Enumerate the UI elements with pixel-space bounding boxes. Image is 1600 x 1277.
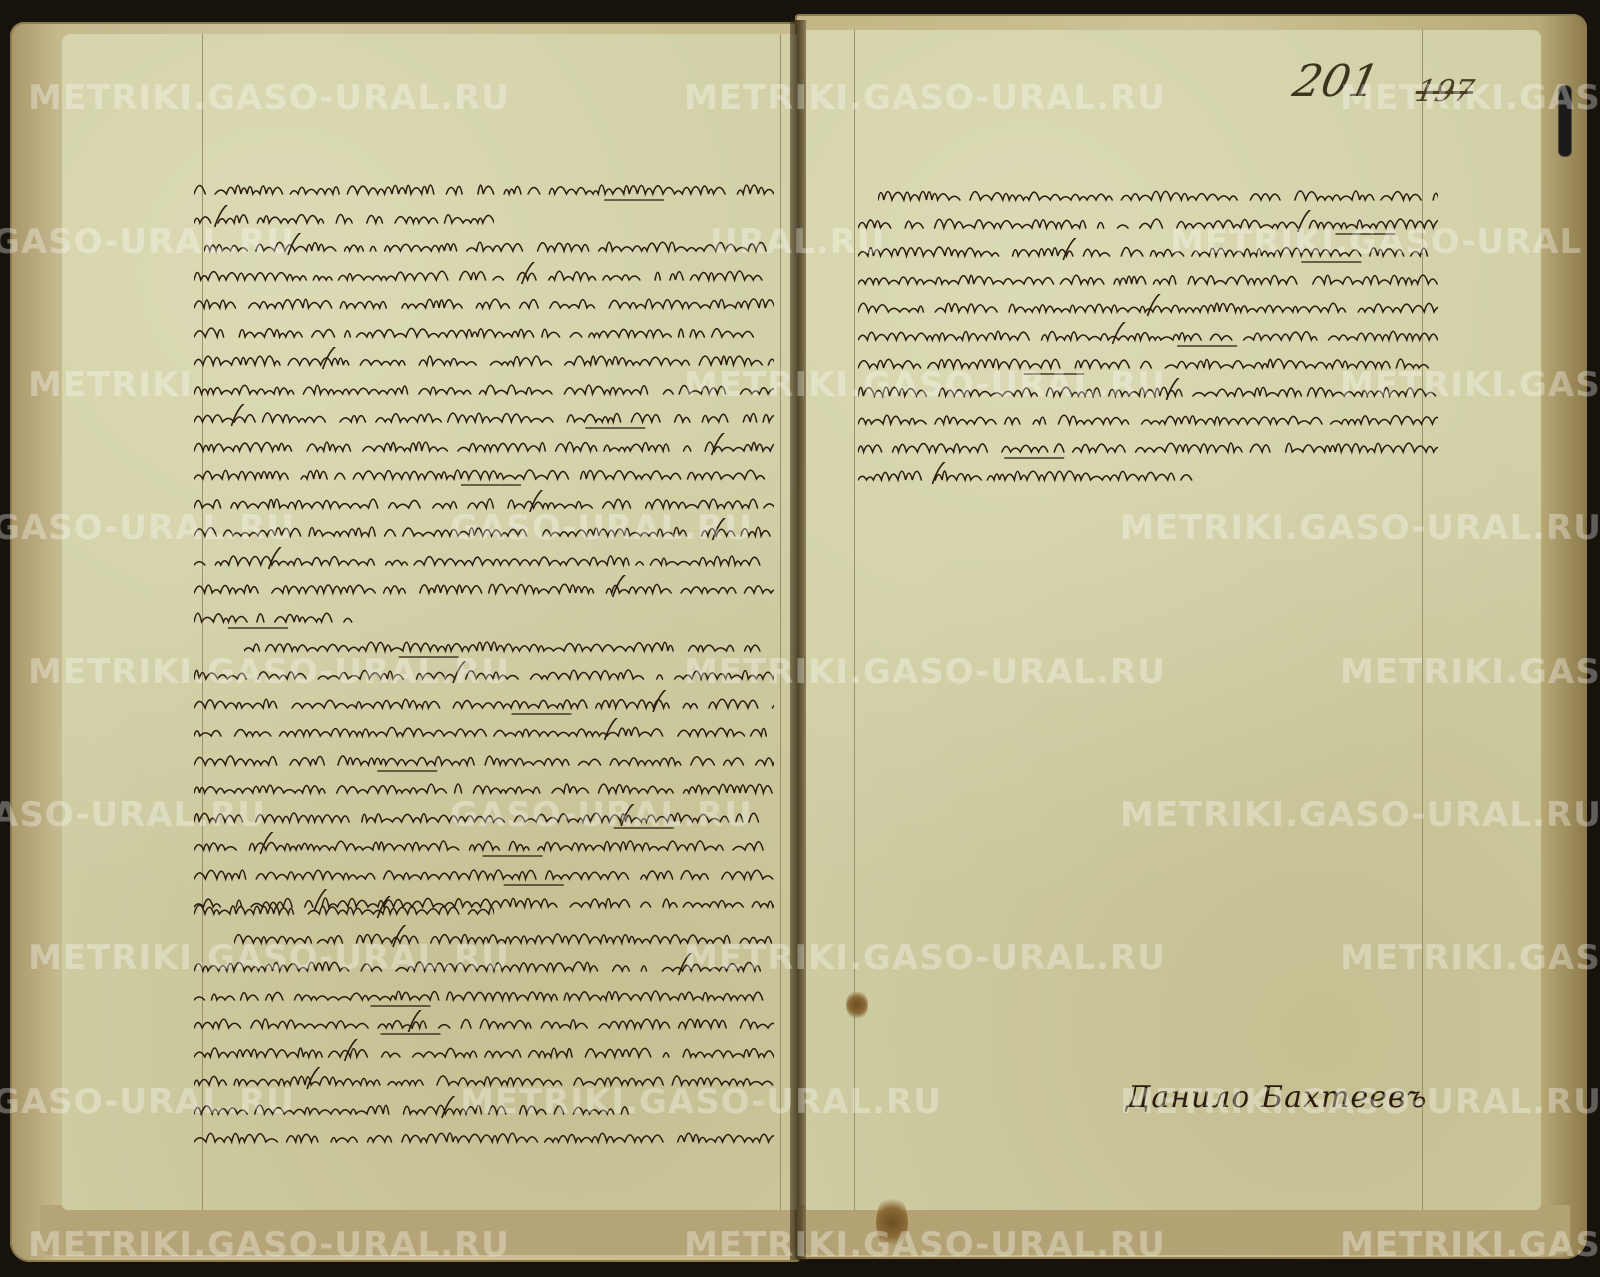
right-page-stack-bottom [800, 1205, 1570, 1255]
handwritten-line [194, 832, 774, 860]
handwritten-line [194, 1096, 634, 1124]
ink-stain [876, 1195, 908, 1250]
handwritten-line [858, 406, 1438, 434]
signature: Данило Бахтеевъ [1126, 1080, 1427, 1115]
handwritten-line [194, 433, 774, 461]
handwritten-line [194, 547, 774, 575]
left-margin-rule [854, 30, 855, 1210]
old-folio-number: 197 [1412, 74, 1477, 109]
handwritten-line [194, 262, 774, 290]
handwritten-line [194, 290, 774, 318]
handwritten-line [234, 925, 774, 953]
handwritten-line [194, 518, 774, 546]
book-spread: 201 197 Данило Бахтеевъ METRIKI.GASO-URA… [0, 0, 1600, 1277]
handwritten-line [194, 319, 774, 347]
folio-number: 201 [1289, 56, 1384, 107]
handwritten-line [194, 661, 774, 689]
handwritten-line [858, 434, 1438, 462]
handwritten-line [194, 490, 774, 518]
handwritten-line [194, 1067, 774, 1095]
handwritten-line [244, 633, 774, 661]
handwritten-line [858, 462, 1198, 490]
handwritten-line [858, 350, 1438, 378]
handwritten-line [858, 294, 1438, 322]
handwritten-line [194, 718, 774, 746]
handwritten-line [858, 238, 1438, 266]
handwritten-line [194, 575, 774, 603]
handwritten-line [858, 322, 1438, 350]
handwritten-line [194, 1124, 774, 1152]
handwritten-line [194, 775, 774, 803]
handwritten-line [194, 176, 774, 204]
handwritten-line [194, 404, 774, 432]
ink-stain [846, 990, 868, 1020]
book-gutter [790, 20, 806, 1260]
handwritten-line [878, 182, 1438, 210]
handwritten-line [858, 378, 1438, 406]
handwritten-line [194, 747, 774, 775]
handwritten-line [194, 690, 774, 718]
handwritten-line [194, 1010, 774, 1038]
handwritten-line [858, 266, 1438, 294]
left-page-stack-bottom [40, 1205, 795, 1255]
left-page [62, 34, 797, 1210]
handwritten-line [204, 233, 774, 261]
handwritten-line [194, 953, 774, 981]
handwritten-line [194, 604, 354, 632]
handwritten-line [194, 205, 494, 233]
handwritten-line [194, 1039, 774, 1067]
handwritten-line [194, 804, 774, 832]
binding-clasp [1558, 85, 1572, 157]
handwritten-line [194, 896, 494, 924]
handwritten-line [194, 347, 774, 375]
handwritten-line [194, 376, 774, 404]
handwritten-line [194, 861, 774, 889]
handwritten-line [858, 210, 1438, 238]
handwritten-line [194, 982, 774, 1010]
right-page: 201 197 Данило Бахтеевъ [806, 30, 1541, 1210]
right-margin-rule [780, 34, 781, 1210]
handwritten-line [194, 461, 774, 489]
